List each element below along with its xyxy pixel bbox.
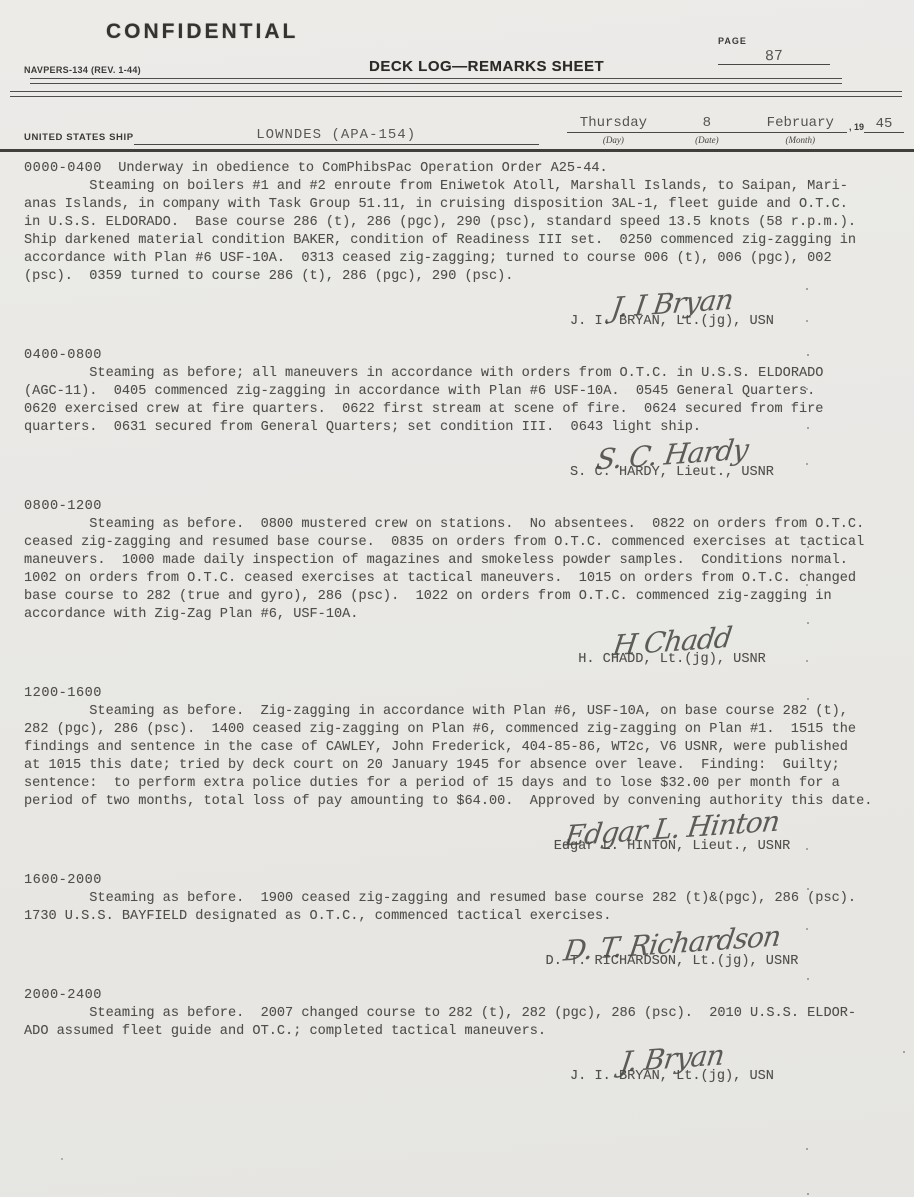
entry-body: Steaming on boilers #1 and #2 enroute fr… <box>24 178 904 286</box>
entry-time-range: 1600-2000 <box>24 873 102 888</box>
log-entry: 0400-0800 Steaming as before; all maneuv… <box>24 347 904 481</box>
signature-block: H Chadd H. CHADD, Lt.(jg), USNR <box>486 627 858 668</box>
entry-time-range: 1200-1600 <box>24 686 102 701</box>
log-entry: 0800-1200 Steaming as before. 0800 muste… <box>24 498 904 668</box>
entry-body: Steaming as before. 2007 changed course … <box>24 1005 904 1041</box>
header-bottom-rule <box>0 149 914 152</box>
entry-body: Steaming as before; all maneuvers in acc… <box>24 365 904 437</box>
page-topbar: CONFIDENTIAL PAGE 87 <box>24 16 904 56</box>
entry-text: 0000-0400 Underway in obedience to ComPh… <box>24 160 904 286</box>
entry-time-range: 0800-1200 <box>24 499 102 514</box>
signature-block: J. Bryan J. I. BRYAN, Lt.(jg), USN <box>486 1044 858 1085</box>
year-block: , 19 45 <box>849 116 904 145</box>
divider-rule <box>10 91 902 97</box>
form-number: NAVPERS-134 (REV. 1-44) <box>24 65 254 75</box>
scan-speck-artifacts <box>806 288 808 290</box>
log-entry: 0000-0400 Underway in obedience to ComPh… <box>24 160 904 330</box>
entry-time-range: 0000-0400 <box>24 161 102 176</box>
page-number: 87 <box>765 48 784 66</box>
year-prefix: , 19 <box>849 122 864 145</box>
date-month-label: (Month) <box>754 133 847 145</box>
ship-name: LOWNDES (APA-154) <box>134 127 539 145</box>
log-entry: 1600-2000 Steaming as before. 1900 cease… <box>24 872 904 970</box>
entry-time-range: 2000-2400 <box>24 988 102 1003</box>
log-entry: 1200-1600 Steaming as before. Zig-zaggin… <box>24 685 904 855</box>
entry-text: 1600-2000 Steaming as before. 1900 cease… <box>24 872 904 926</box>
signature-block: J. I Bryan J. I. BRYAN, Lt.(jg), USN <box>486 289 858 330</box>
year-value: 45 <box>864 116 904 133</box>
entry-text: 2000-2400 Steaming as before. 2007 chang… <box>24 987 904 1041</box>
date-columns: Thursday 8 February (Day) (Date) (Month) <box>567 115 847 145</box>
deck-log-page: CONFIDENTIAL PAGE 87 NAVPERS-134 (REV. 1… <box>0 0 914 1197</box>
date-labels: (Day) (Date) (Month) <box>567 133 847 145</box>
date-number: 8 <box>660 115 753 132</box>
divider-rule <box>30 78 842 84</box>
page-number-block: PAGE 87 <box>718 28 868 65</box>
date-day: Thursday <box>567 115 660 132</box>
date-values: Thursday 8 February <box>567 115 847 133</box>
date-month: February <box>754 115 847 132</box>
log-entries: 0000-0400 Underway in obedience to ComPh… <box>24 160 904 1085</box>
entry-text: 1200-1600 Steaming as before. Zig-zaggin… <box>24 685 904 811</box>
entry-text: 0800-1200 Steaming as before. 0800 muste… <box>24 498 904 624</box>
entry-inline-text: Underway in obedience to ComPhibsPac Ope… <box>102 161 608 176</box>
entry-body: Steaming as before. Zig-zagging in accor… <box>24 703 904 811</box>
signature-block: D. T. Richardson D. T. RICHARDSON, Lt.(j… <box>486 929 858 970</box>
entry-time-range: 0400-0800 <box>24 348 102 363</box>
entry-text: 0400-0800 Steaming as before; all maneuv… <box>24 347 904 437</box>
confidential-stamp: CONFIDENTIAL <box>106 20 298 44</box>
date-day-label: (Day) <box>567 133 660 145</box>
page-label: PAGE <box>718 36 747 46</box>
ship-date-row: UNITED STATES SHIP LOWNDES (APA-154) Thu… <box>24 115 904 145</box>
date-number-label: (Date) <box>660 133 753 145</box>
page-title: DECK LOG—REMARKS SHEET <box>369 58 604 75</box>
log-entry: 2000-2400 Steaming as before. 2007 chang… <box>24 987 904 1085</box>
date-block: Thursday 8 February (Day) (Date) (Month)… <box>567 115 904 145</box>
signature-block: S. C. Hardy S. C. HARDY, Lieut., USNR <box>486 440 858 481</box>
page-number-line: 87 <box>718 46 830 65</box>
signature-block: Edgar L. Hinton Edgar L. HINTON, Lieut.,… <box>486 814 858 855</box>
ship-label: UNITED STATES SHIP <box>24 132 134 145</box>
entry-body: Steaming as before. 0800 mustered crew o… <box>24 516 904 624</box>
